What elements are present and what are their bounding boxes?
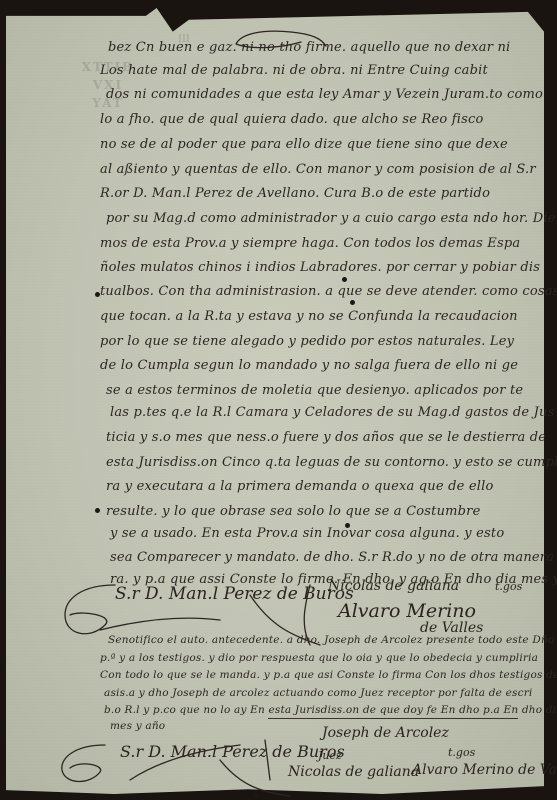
manuscript-line: Con todo lo que se le manda. y p.a que a… bbox=[100, 669, 557, 681]
manuscript-line: que tocan. a la R.ta y estava y no se Co… bbox=[100, 309, 518, 324]
ink-dot bbox=[95, 508, 100, 513]
manuscript-line: de lo Cumpla segun lo mandado y no salga… bbox=[100, 358, 518, 373]
signature-alvaro: Alvaro Merino bbox=[338, 600, 476, 622]
manuscript-line: Senotifico el auto. antecedente. a dho. … bbox=[108, 634, 554, 646]
signature-left-2: S.r D. Man.l Perez de Buros bbox=[120, 742, 345, 761]
signature-joseph: Joseph de Arcolez bbox=[322, 725, 449, 741]
signature-nicolas-2: Nicolas de galiana bbox=[288, 764, 419, 780]
witness-mark: t.gos bbox=[495, 580, 522, 593]
manuscript-line: Los hate mal de palabra. ni de obra. ni … bbox=[100, 63, 488, 78]
manuscript-line: y se a usado. En esta Prov.a sin Inovar … bbox=[110, 526, 504, 541]
manuscript-line: al aßiento y quentas de ello. Con manor … bbox=[100, 162, 536, 177]
manuscript-line: sea Comparecer y mandato. de dho. S.r R.… bbox=[110, 550, 554, 565]
manuscript-line: bez Cn buen e gaz. ni no tho firme. aque… bbox=[108, 40, 510, 55]
manuscript-line: por lo que se tiene alegado y pedido por… bbox=[100, 334, 514, 349]
signature-flourish-icon bbox=[60, 730, 300, 800]
signature-nicolas: Nicolas de galiana bbox=[328, 578, 459, 594]
closing-rule bbox=[268, 718, 518, 719]
ink-dot bbox=[95, 292, 100, 297]
manuscript-line: R.or D. Man.l Perez de Avellano. Cura B.… bbox=[100, 186, 490, 201]
manuscript-line: no se de al poder que para ello dize que… bbox=[100, 137, 508, 152]
ink-dot bbox=[342, 277, 347, 282]
witness-mark-2: t.gos bbox=[448, 746, 475, 759]
manuscript-line: b.o R.l y p.co que no lo ay En esta Juri… bbox=[104, 704, 557, 716]
signature-alvaro-2: Alvaro Merino de Valles bbox=[412, 762, 557, 778]
manuscript-line: por su Mag.d como administrador y a cuio… bbox=[106, 211, 557, 226]
manuscript-line: resulte. y lo que obrase sea solo lo que… bbox=[106, 504, 481, 519]
manuscript-line: las p.tes q.e la R.l Camara y Celadores … bbox=[110, 405, 554, 420]
manuscript-line: p.ª y a los testigos. y dio por respuest… bbox=[100, 652, 538, 664]
signature-left: S.r D. Man.l Perez de Buros bbox=[115, 584, 354, 604]
manuscript-line: dos ni comunidades a que esta ley Amar y… bbox=[106, 87, 543, 102]
manuscript-line: mos de esta Prov.a y siempre haga. Con t… bbox=[100, 236, 520, 251]
manuscript-line: ticia y s.o mes que ness.o fuere y dos a… bbox=[106, 430, 546, 445]
manuscript-line: se a estos terminos de moletia que desie… bbox=[106, 383, 523, 398]
manuscript-line: esta Jurisdiss.on Cinco q.ta leguas de s… bbox=[106, 455, 557, 470]
ink-dot bbox=[350, 300, 355, 305]
manuscript-line: tualbos. Con tha administrasion. a que s… bbox=[100, 284, 557, 299]
manuscript-line: asis.a y dho Joseph de arcolez actuando … bbox=[104, 687, 533, 699]
signature-juez-label: Juez bbox=[318, 749, 342, 762]
manuscript-line: lo a fho. que de qual quiera dado. que a… bbox=[100, 112, 483, 127]
scanned-page: XTTIB VXI YAT III bez Cn buen e gaz. ni … bbox=[0, 0, 557, 800]
ink-dot bbox=[254, 793, 258, 797]
ink-dot bbox=[345, 523, 350, 528]
manuscript-line: ra y executara a la primera demanda o qu… bbox=[106, 479, 494, 494]
manuscript-line: ñoles mulatos chinos i indios Labradores… bbox=[100, 260, 540, 275]
